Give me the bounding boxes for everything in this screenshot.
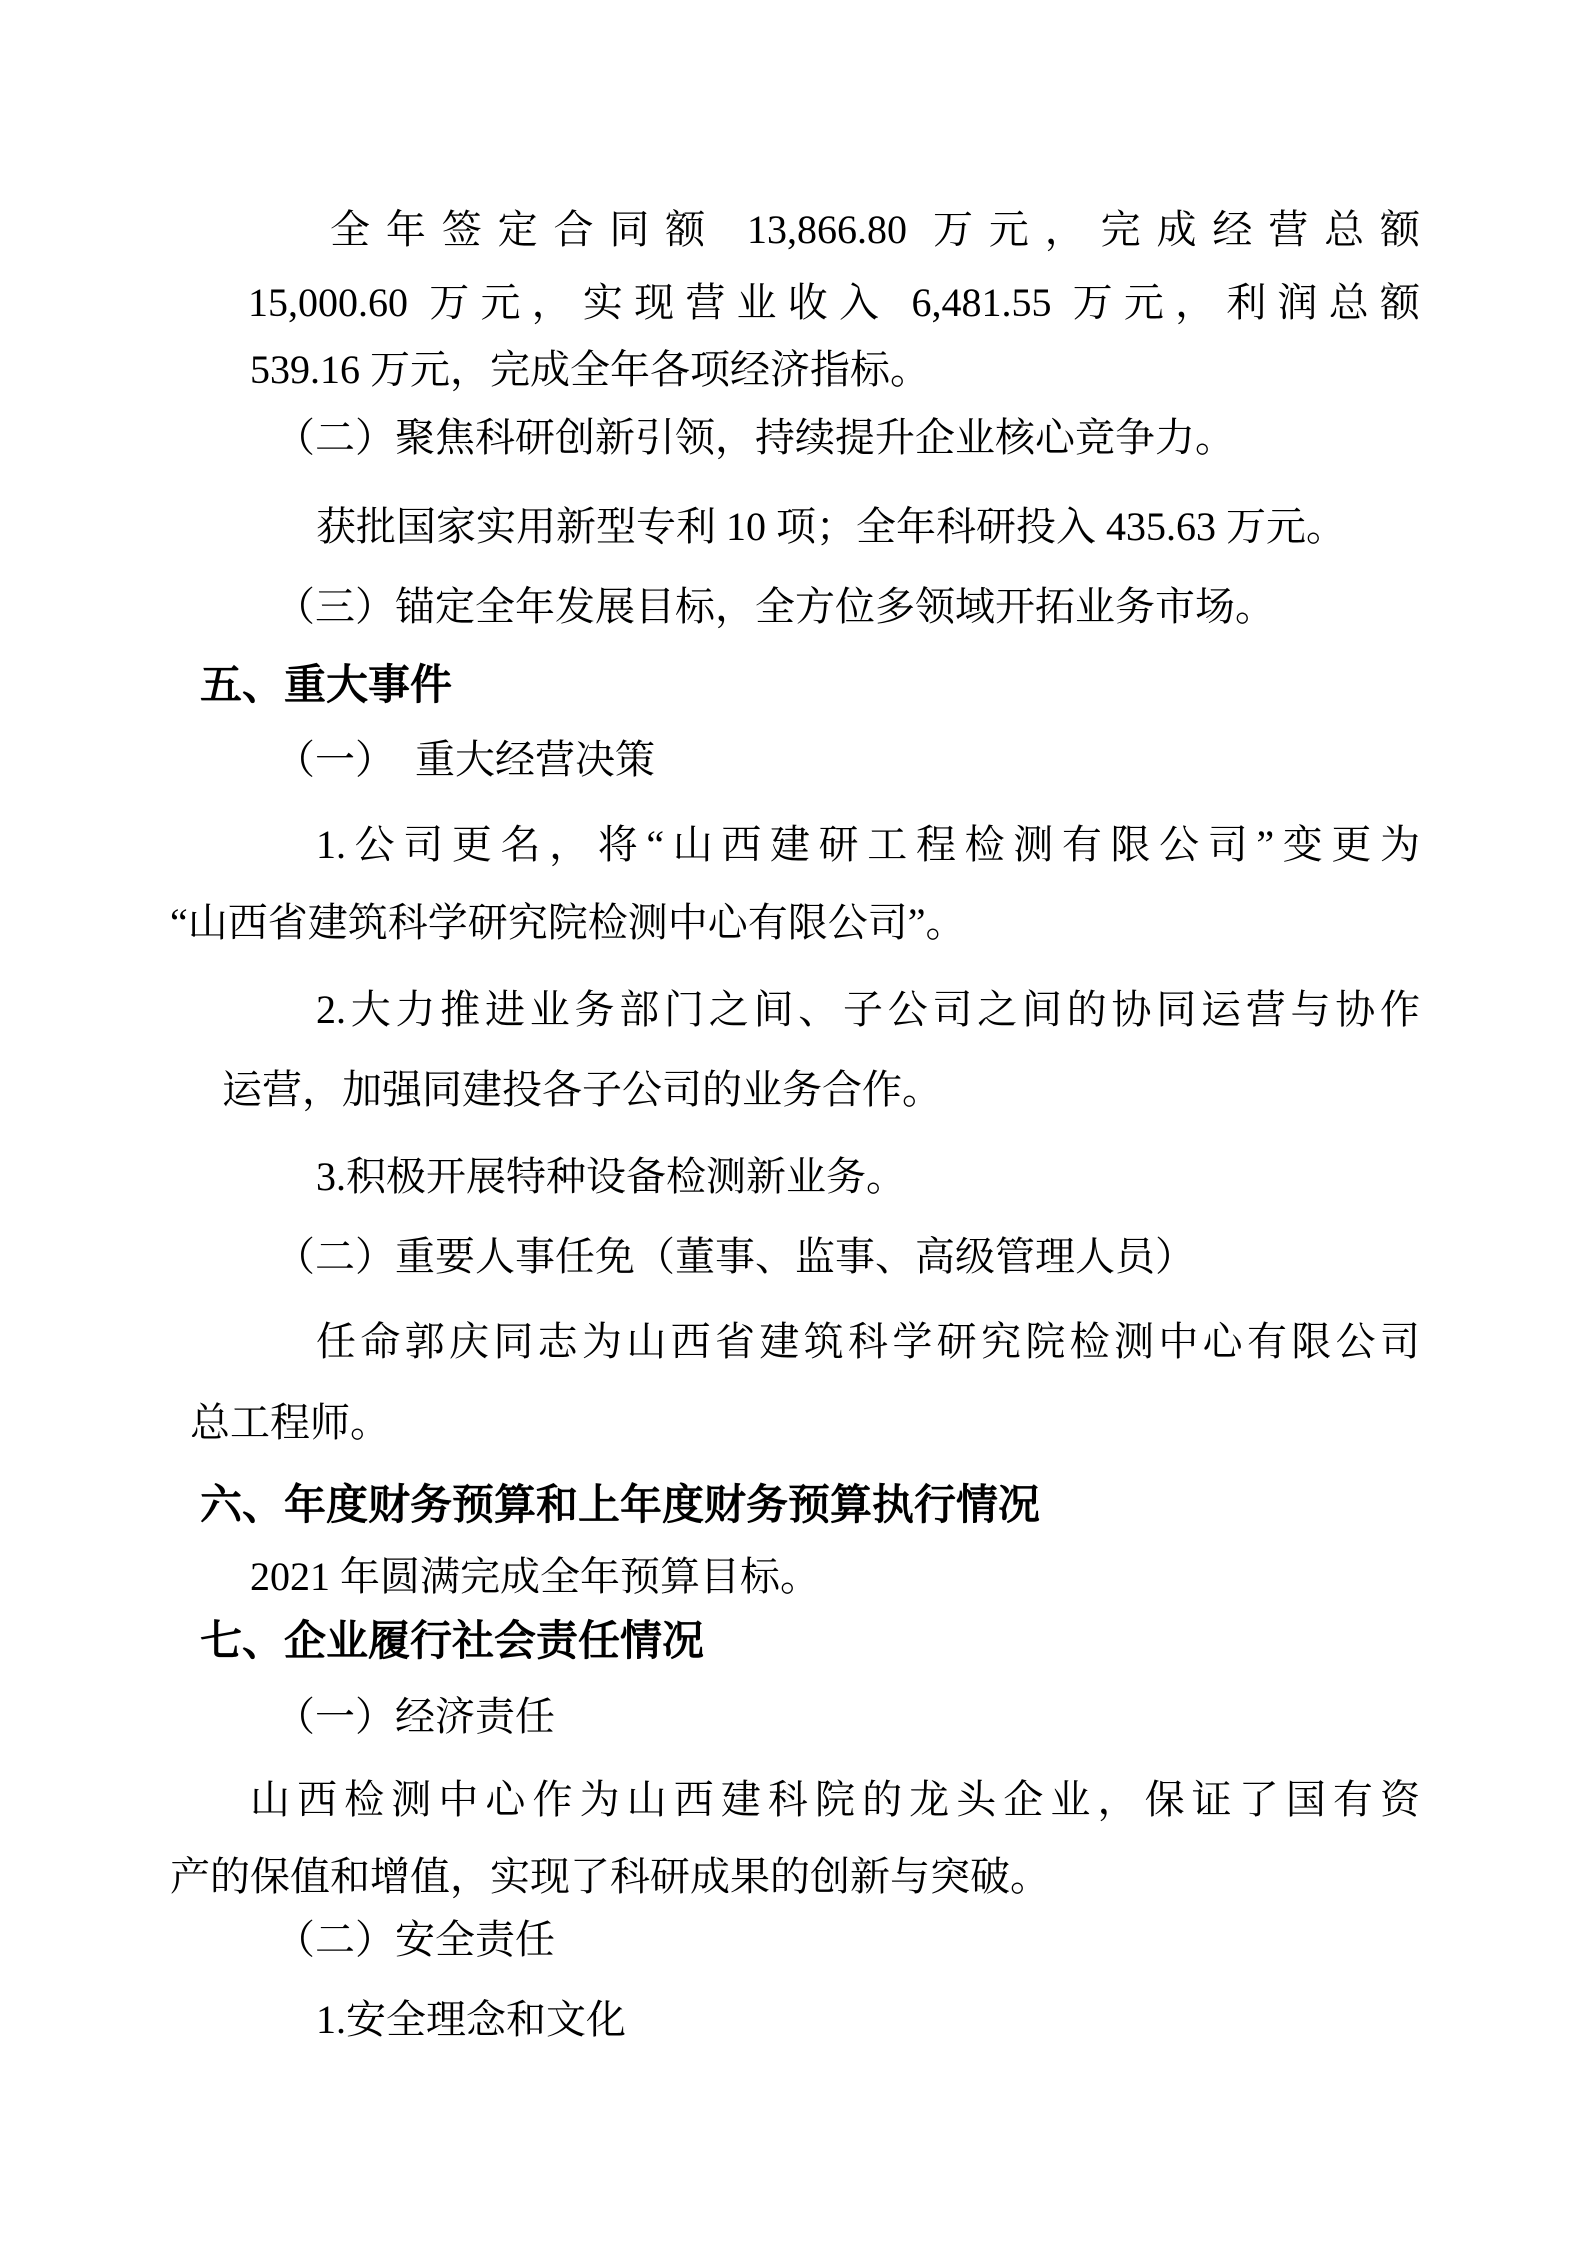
para-economic-responsibility-line-2: 产的保值和增值，实现了科研成果的创新与突破。 [170, 1847, 1050, 1907]
item-3-market-development: （三）锚定全年发展目标，全方位多领域开拓业务市场。 [275, 577, 1275, 637]
para-economic-responsibility-line-1: 山西检测中心作为山西建科院的龙头企业，保证了国有资 [250, 1770, 1420, 1830]
para-annual-results-line-2: 15,000.60 万元，实现营业收入 6,481.55 万元，利润总额 [248, 273, 1420, 333]
heading-section-7-social-responsibility: 七、企业履行社会责任情况 [200, 1611, 704, 1671]
para-company-rename-line-1: 1.公司更名，将“山西建研工程检测有限公司”变更为 [316, 815, 1420, 875]
para-annual-results-line-1: 全年签定合同额 13,866.80 万元，完成经营总额 [330, 200, 1420, 260]
para-company-rename-line-2: “山西省建筑科学研究院检测中心有限公司”。 [170, 893, 966, 953]
para-collaboration-line-2: 运营，加强同建投各子公司的业务合作。 [222, 1060, 942, 1120]
para-collaboration-line-1: 2.大力推进业务部门之间、子公司之间的协同运营与协作 [316, 980, 1420, 1040]
item-2-research-innovation: （二）聚焦科研创新引领，持续提升企业核心竞争力。 [275, 408, 1235, 468]
para-budget-result: 2021 年圆满完成全年预算目标。 [250, 1547, 820, 1607]
item-1-major-business-decisions: （一） 重大经营决策 [275, 730, 655, 790]
para-appointment-line-2: 总工程师。 [190, 1393, 390, 1453]
para-appointment-line-1: 任命郭庆同志为山西省建筑科学研究院检测中心有限公司 [316, 1312, 1420, 1372]
para-patents-investment: 获批国家实用新型专利 10 项；全年科研投入 435.63 万元。 [316, 497, 1346, 557]
para-special-equipment: 3.积极开展特种设备检测新业务。 [316, 1147, 906, 1207]
item-2-personnel-appointments: （二）重要人事任免（董事、监事、高级管理人员） [275, 1227, 1195, 1287]
heading-section-6-budget: 六、年度财务预算和上年度财务预算执行情况 [200, 1475, 1040, 1535]
document-page: 全年签定合同额 13,866.80 万元，完成经营总额 15,000.60 万元… [0, 0, 1587, 2245]
heading-section-5-major-events: 五、重大事件 [200, 655, 452, 715]
para-safety-culture: 1.安全理念和文化 [316, 1990, 626, 2050]
para-annual-results-line-3: 539.16 万元，完成全年各项经济指标。 [250, 340, 930, 400]
item-1-economic-responsibility: （一）经济责任 [275, 1687, 555, 1747]
item-2-safety-responsibility: （二）安全责任 [275, 1910, 555, 1970]
